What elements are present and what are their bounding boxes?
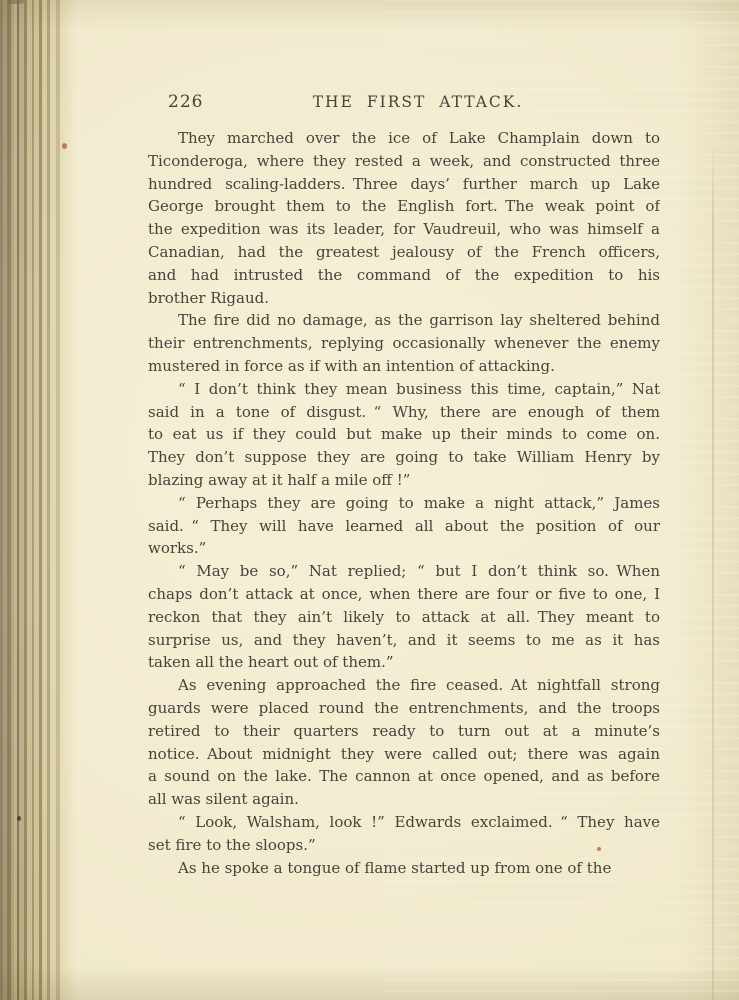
text-line: said in a tone of disgust. “ Why, there … <box>148 401 660 424</box>
text-line: George brought them to the English fort.… <box>148 195 660 218</box>
text-line: works.” <box>148 537 660 560</box>
text-line: blazing away at it half a mile off !” <box>148 469 660 492</box>
text-line: mustered in force as if with an intentio… <box>148 355 660 378</box>
text-line: notice. About midnight they were called … <box>148 743 660 766</box>
text-line: to eat us if they could but make up thei… <box>148 423 660 446</box>
text-line: reckon that they ain’t likely to attack … <box>148 606 660 629</box>
text-line: They don’t suppose they are going to tak… <box>148 446 660 469</box>
text-line: They marched over the ice of Lake Champl… <box>148 127 660 150</box>
book-fore-edge-pages <box>0 0 78 1000</box>
text-line: a sound on the lake. The cannon at once … <box>148 765 660 788</box>
body-text: They marched over the ice of Lake Champl… <box>148 127 660 879</box>
text-line: and had intrusted the command of the exp… <box>148 264 660 287</box>
text-line: As he spoke a tongue of flame started up… <box>148 857 660 880</box>
text-line: Ticonderoga, where they rested a week, a… <box>148 150 660 173</box>
page-crease-line <box>712 140 714 1000</box>
text-line: The fire did no damage, as the garrison … <box>148 309 660 332</box>
book-page-photo: 226 THE FIRST ATTACK. They marched over … <box>0 0 739 1000</box>
text-line: “ I don’t think they mean business this … <box>148 378 660 401</box>
running-head: THE FIRST ATTACK. <box>313 93 524 111</box>
text-line: “ May be so,” Nat replied; “ but I don’t… <box>148 560 660 583</box>
text-line: all was silent again. <box>148 788 660 811</box>
text-line: As evening approached the fire ceased. A… <box>148 674 660 697</box>
page-number: 226 <box>168 92 203 112</box>
text-line: retired to their quarters ready to turn … <box>148 720 660 743</box>
text-line: taken all the heart out of them.” <box>148 651 660 674</box>
text-line: “ Perhaps they are going to make a night… <box>148 492 660 515</box>
page-header: 226 THE FIRST ATTACK. <box>148 92 660 114</box>
text-line: surprise us, and they haven’t, and it se… <box>148 629 660 652</box>
text-line: said. “ They will have learned all about… <box>148 515 660 538</box>
text-line: set fire to the sloops.” <box>148 834 660 857</box>
text-line: chaps don’t attack at once, when there a… <box>148 583 660 606</box>
text-line: brother Rigaud. <box>148 287 660 310</box>
text-line: the expedition was its leader, for Vaudr… <box>148 218 660 241</box>
text-line: “ Look, Walsham, look !” Edwards exclaim… <box>148 811 660 834</box>
binding-smudge <box>8 0 24 4</box>
text-line: hundred scaling-ladders. Three days’ fur… <box>148 173 660 196</box>
text-line: Canadian, had the greatest jealousy of t… <box>148 241 660 264</box>
text-line: guards were placed round the entrenchmen… <box>148 697 660 720</box>
text-line: their entrenchments, replying occasional… <box>148 332 660 355</box>
